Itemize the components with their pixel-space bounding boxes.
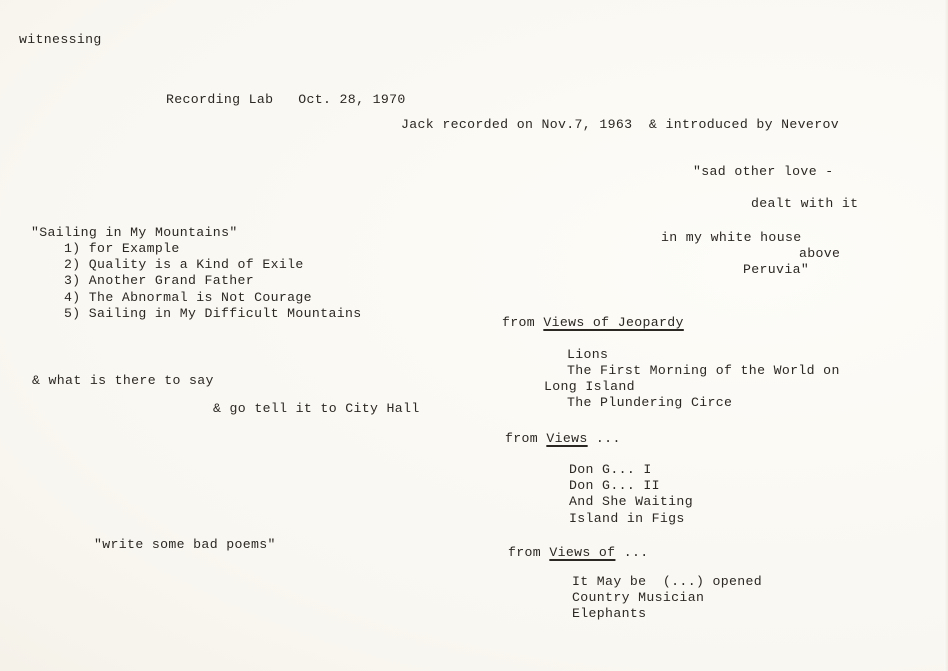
bad-poems-line: "write some bad poems" [94, 537, 276, 553]
list-item: Long Island [544, 379, 635, 395]
list-item: The Plundering Circe [567, 395, 732, 411]
section-list: It May be (...) opened Country Musician … [572, 574, 762, 623]
list-item: The First Morning of the World on [567, 363, 840, 379]
quote-line: in my white house [661, 230, 801, 246]
list-item: 5) Sailing in My Difficult Mountains [64, 306, 362, 322]
session-info: Recording Lab Oct. 28, 1970 [166, 92, 406, 108]
list-item: And She Waiting [569, 494, 693, 510]
sailing-list: 1) for Example 2) Quality is a Kind of E… [64, 241, 362, 322]
from-label: from [508, 545, 549, 560]
section-heading: from Views of Jeopardy [502, 315, 684, 331]
list-item: Don G... II [569, 478, 693, 494]
page-edge [944, 0, 948, 671]
source-title: Views [546, 431, 587, 446]
list-item: Country Musician [572, 590, 762, 606]
quote-line: dealt with it [751, 196, 858, 212]
list-item: 2) Quality is a Kind of Exile [64, 257, 362, 273]
quote-line: above [799, 246, 840, 262]
section-list: Don G... I Don G... II And She Waiting I… [569, 462, 693, 527]
quote-line: Peruvia" [743, 262, 809, 278]
section-heading: from Views ... [505, 431, 621, 447]
source-suffix: ... [615, 545, 648, 560]
list-item: Elephants [572, 606, 762, 622]
section-heading: from Views of ... [508, 545, 649, 561]
list-item: 1) for Example [64, 241, 362, 257]
what-to-say-line: & what is there to say [32, 373, 214, 389]
page-heading: witnessing [19, 32, 102, 48]
from-label: from [502, 315, 543, 330]
list-item: 4) The Abnormal is Not Courage [64, 290, 362, 306]
city-hall-line: & go tell it to City Hall [213, 401, 420, 417]
list-item: 3) Another Grand Father [64, 273, 362, 289]
source-suffix: ... [588, 431, 621, 446]
list-item: Lions [567, 347, 608, 363]
typewritten-page: witnessing Recording Lab Oct. 28, 1970 J… [0, 0, 948, 671]
from-label: from [505, 431, 546, 446]
quote-line: "sad other love - [693, 164, 833, 180]
source-title: Views of Jeopardy [543, 315, 683, 330]
list-item: It May be (...) opened [572, 574, 762, 590]
source-title: Views of [549, 545, 615, 560]
list-item: Don G... I [569, 462, 693, 478]
sailing-title: "Sailing in My Mountains" [31, 225, 238, 241]
list-item: Island in Figs [569, 511, 693, 527]
recorded-note: Jack recorded on Nov.7, 1963 & introduce… [401, 117, 839, 133]
